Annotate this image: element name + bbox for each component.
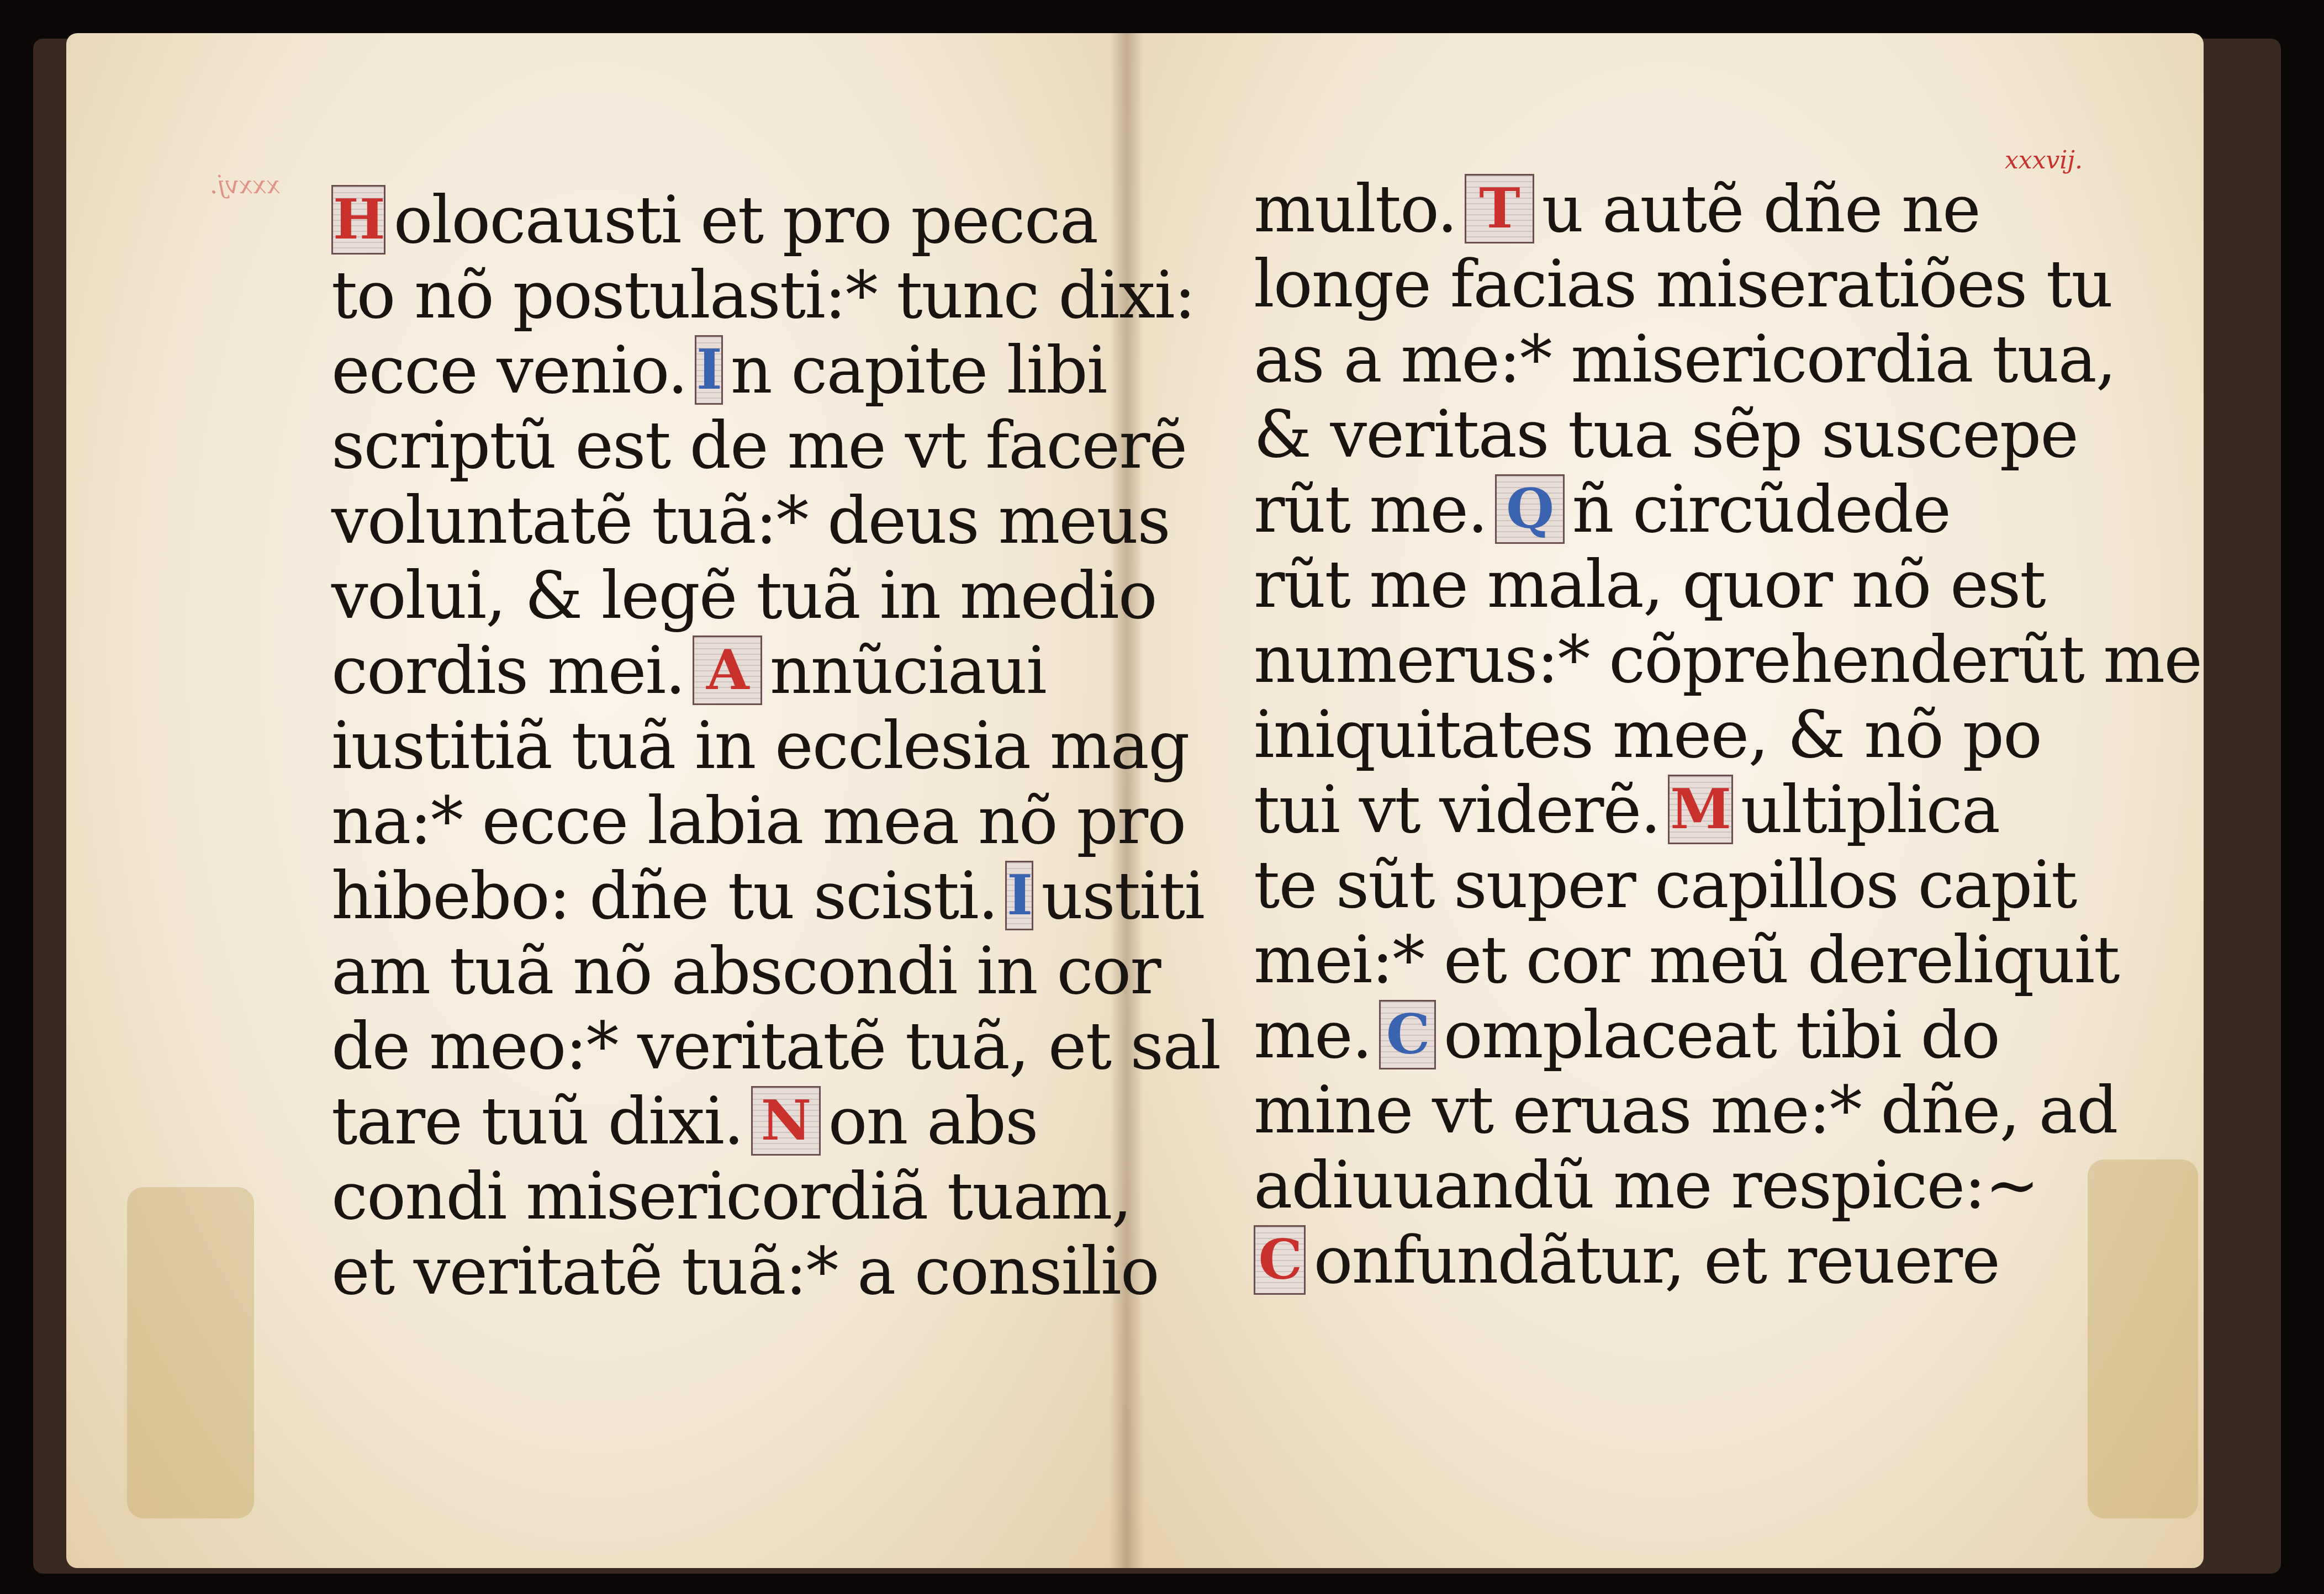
left-folio-number: xxxvj. xyxy=(210,171,280,199)
line-text: n capite libi xyxy=(731,332,1107,407)
text-line: longe facias miseratiões tu xyxy=(1254,246,1999,321)
line-text: et veritatẽ tuã:* a consilio xyxy=(331,1233,1159,1309)
line-text: condi misericordiã tuam, xyxy=(331,1158,1131,1233)
line-text: as a me:* misericordia tua, xyxy=(1254,321,2115,396)
line-text: rũt me mala, quor nõ est xyxy=(1254,547,2045,622)
illuminated-initial: T xyxy=(1465,174,1534,243)
text-line: Holocausti et pro pecca xyxy=(331,182,1060,257)
text-line: multo.Tu autẽ dñe ne xyxy=(1254,171,1999,246)
illuminated-initial: I xyxy=(1005,861,1033,930)
illuminated-initial: Q xyxy=(1495,474,1565,544)
line-text: tui vt viderẽ. xyxy=(1254,772,1660,847)
text-line: et veritatẽ tuã:* a consilio xyxy=(331,1233,1060,1309)
line-text: multo. xyxy=(1254,171,1457,246)
text-line: Confundãtur, et reuere xyxy=(1254,1222,1999,1298)
illuminated-initial: N xyxy=(751,1086,821,1156)
water-stain xyxy=(2088,1159,2198,1518)
line-text: na:* ecce labia mea nõ pro xyxy=(331,783,1185,858)
line-text: scriptũ est de me vt facerẽ xyxy=(331,407,1186,483)
line-text: u autẽ dñe ne xyxy=(1542,171,1980,246)
text-line: me.Complaceat tibi do xyxy=(1254,997,1999,1072)
line-text: iustitiã tuã in ecclesia mag xyxy=(331,708,1189,783)
line-text: de meo:* veritatẽ tuã, et sal xyxy=(331,1008,1220,1083)
text-line: scriptũ est de me vt facerẽ xyxy=(331,407,1060,483)
text-line: condi misericordiã tuam, xyxy=(331,1158,1060,1233)
line-text: tare tuũ dixi. xyxy=(331,1083,743,1158)
text-line: & veritas tua sẽp suscepe xyxy=(1254,396,1999,472)
line-text: voluntatẽ tuã:* deus meus xyxy=(331,483,1170,558)
illuminated-initial: I xyxy=(695,335,723,405)
text-line: am tuã nõ abscondi in cor xyxy=(331,933,1060,1008)
line-text: adiuuandũ me respice:~ xyxy=(1254,1147,2038,1222)
text-line: tui vt viderẽ.Multiplica xyxy=(1254,772,1999,847)
water-stain xyxy=(127,1187,254,1518)
text-line: de meo:* veritatẽ tuã, et sal xyxy=(331,1008,1060,1083)
line-text: olocausti et pro pecca xyxy=(393,182,1097,257)
illuminated-initial: C xyxy=(1254,1225,1306,1295)
line-text: volui, & legẽ tuã in medio xyxy=(331,558,1156,633)
text-line: na:* ecce labia mea nõ pro xyxy=(331,783,1060,858)
illuminated-initial: M xyxy=(1668,775,1733,844)
line-text: te sũt super capillos capit xyxy=(1254,847,2077,922)
illuminated-initial: A xyxy=(693,636,762,705)
text-line: te sũt super capillos capit xyxy=(1254,847,1999,922)
line-text: mei:* et cor meũ dereliquit xyxy=(1254,922,2119,997)
text-line: ecce venio.In capite libi xyxy=(331,332,1060,407)
line-text: me. xyxy=(1254,997,1371,1072)
text-line: mine vt eruas me:* dñe, ad xyxy=(1254,1072,1999,1147)
line-text: nnũciaui xyxy=(770,633,1046,708)
text-line: rũt me mala, quor nõ est xyxy=(1254,547,1999,622)
text-line: hibebo: dñe tu scisti.Iustiti xyxy=(331,858,1060,933)
manuscript-photo: xxxvj. xxxvij. Holocausti et pro peccato… xyxy=(0,0,2324,1594)
text-line: to nõ postulasti:* tunc dixi: xyxy=(331,257,1060,332)
text-line: cordis mei.Annũciaui xyxy=(331,633,1060,708)
text-line: numerus:* cõprehenderũt me xyxy=(1254,622,1999,697)
illuminated-initial: H xyxy=(331,185,385,255)
line-text: ñ circũdede xyxy=(1572,472,1951,547)
text-line: iniquitates mee, & nõ po xyxy=(1254,697,1999,772)
text-line: as a me:* misericordia tua, xyxy=(1254,321,1999,396)
left-text-block: Holocausti et pro peccato nõ postulasti:… xyxy=(331,182,1060,1309)
text-line: mei:* et cor meũ dereliquit xyxy=(1254,922,1999,997)
text-line: volui, & legẽ tuã in medio xyxy=(331,558,1060,633)
line-text: longe facias miseratiões tu xyxy=(1254,246,2112,321)
line-text: hibebo: dñe tu scisti. xyxy=(331,858,997,933)
line-text: ultiplica xyxy=(1741,772,1999,847)
line-text: on abs xyxy=(828,1083,1038,1158)
line-text: ustiti xyxy=(1041,858,1204,933)
right-folio-number: xxxvij. xyxy=(2005,146,2083,174)
line-text: onfundãtur, et reuere xyxy=(1313,1222,1999,1298)
line-text: to nõ postulasti:* tunc dixi: xyxy=(331,257,1195,332)
line-text: rũt me. xyxy=(1254,472,1487,547)
line-text: & veritas tua sẽp suscepe xyxy=(1254,396,2078,472)
text-line: adiuuandũ me respice:~ xyxy=(1254,1147,1999,1222)
text-line: rũt me.Qñ circũdede xyxy=(1254,472,1999,547)
line-text: ecce venio. xyxy=(331,332,687,407)
text-line: iustitiã tuã in ecclesia mag xyxy=(331,708,1060,783)
line-text: cordis mei. xyxy=(331,633,685,708)
line-text: iniquitates mee, & nõ po xyxy=(1254,697,2041,772)
line-text: omplaceat tibi do xyxy=(1444,997,1999,1072)
text-line: tare tuũ dixi.Non abs xyxy=(331,1083,1060,1158)
right-text-block: multo.Tu autẽ dñe nelonge facias miserat… xyxy=(1254,171,1999,1298)
line-text: mine vt eruas me:* dñe, ad xyxy=(1254,1072,2117,1147)
line-text: am tuã nõ abscondi in cor xyxy=(331,933,1160,1008)
text-line: voluntatẽ tuã:* deus meus xyxy=(331,483,1060,558)
line-text: numerus:* cõprehenderũt me xyxy=(1254,622,2201,697)
illuminated-initial: C xyxy=(1379,1000,1435,1069)
